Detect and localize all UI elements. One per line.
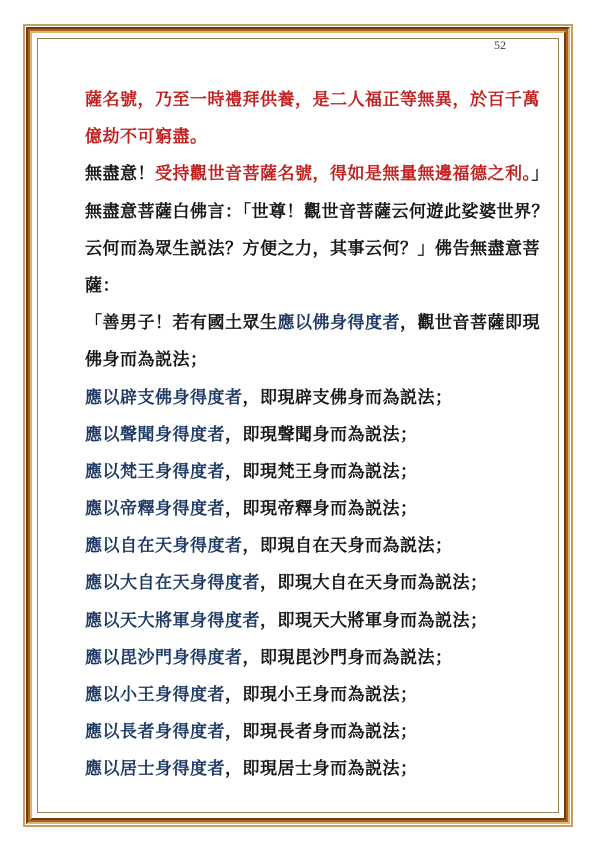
text-line: 「善男子！若有國土眾生應以佛身得度者，觀世音菩薩即現: [85, 305, 535, 342]
text-segment-blue: 應以辟支佛身得度者: [85, 388, 243, 408]
text-line: 應以小王身得度者，即現小王身而為説法；: [85, 677, 535, 714]
text-segment-blue: 應以佛身得度者: [278, 313, 401, 333]
text-segment-black: 無盡意！: [85, 164, 155, 184]
text-line: 薩：: [85, 268, 535, 305]
text-line: 億劫不可窮盡。: [85, 119, 535, 156]
text-body: 薩名號，乃至一時禮拜供養，是二人福正等無異，於百千萬億劫不可窮盡。無盡意！受持觀…: [85, 82, 535, 789]
text-line: 薩名號，乃至一時禮拜供養，是二人福正等無異，於百千萬: [85, 82, 535, 119]
text-segment-black: 」: [532, 164, 550, 184]
text-segment-blue: 應以居士身得度者: [85, 759, 225, 779]
text-segment-black: ，觀世音菩薩即現: [400, 313, 540, 333]
text-segment-black: ，即現大自在天身而為説法；: [260, 573, 488, 593]
text-segment-black: ，即現聲聞身而為説法；: [225, 425, 418, 445]
text-segment-black: ，即現居士身而為説法；: [225, 759, 418, 779]
text-segment-blue: 應以聲聞身得度者: [85, 425, 225, 445]
text-line: 應以辟支佛身得度者，即現辟支佛身而為説法；: [85, 380, 535, 417]
text-line: 云何而為眾生説法？方便之力，其事云何？」佛告無盡意菩: [85, 231, 535, 268]
text-segment-black: 薩：: [85, 276, 120, 296]
text-line: 應以大自在天身得度者，即現大自在天身而為説法；: [85, 565, 535, 602]
text-segment-black: ，即現小王身而為説法；: [225, 685, 418, 705]
text-segment-red: 薩名號，乃至一時禮拜供養，是二人福正等無異，於百千萬: [85, 90, 540, 110]
text-line: 應以長者身得度者，即現長者身而為説法；: [85, 714, 535, 751]
text-line: 無盡意！受持觀世音菩薩名號，得如是無量無邊福德之利。」: [85, 156, 535, 193]
text-segment-blue: 應以毘沙門身得度者: [85, 648, 243, 668]
text-segment-black: ，即現自在天身而為説法；: [243, 536, 453, 556]
text-segment-blue: 應以自在天身得度者: [85, 536, 243, 556]
text-line: 無盡意菩薩白佛言：「世尊！觀世音菩薩云何遊此娑婆世界？: [85, 194, 535, 231]
text-segment-black: ，即現辟支佛身而為説法；: [243, 388, 453, 408]
text-segment-black: ，即現毘沙門身而為説法；: [243, 648, 453, 668]
text-segment-blue: 應以天大將軍身得度者: [85, 611, 260, 631]
text-segment-black: ，即現長者身而為説法；: [225, 722, 418, 742]
text-line: 應以聲聞身得度者，即現聲聞身而為説法；: [85, 417, 535, 454]
text-segment-blue: 應以大自在天身得度者: [85, 573, 260, 593]
text-line: 應以梵王身得度者，即現梵王身而為説法；: [85, 454, 535, 491]
text-segment-black: 云何而為眾生説法？方便之力，其事云何？」佛告無盡意菩: [85, 239, 540, 259]
text-line: 佛身而為説法；: [85, 342, 535, 379]
page-number: 52: [494, 38, 506, 53]
text-segment-black: 「善男子！若有國土眾生: [85, 313, 278, 333]
text-line: 應以自在天身得度者，即現自在天身而為説法；: [85, 528, 535, 565]
text-segment-black: ，即現天大將軍身而為説法；: [260, 611, 488, 631]
text-segment-red: 億劫不可窮盡。: [85, 127, 208, 147]
text-line: 應以居士身得度者，即現居士身而為説法；: [85, 751, 535, 788]
text-line: 應以帝釋身得度者，即現帝釋身而為説法；: [85, 491, 535, 528]
text-segment-red: 受持觀世音菩薩名號，得如是無量無邊福德之利。: [155, 164, 532, 184]
text-segment-blue: 應以梵王身得度者: [85, 462, 225, 482]
text-segment-blue: 應以小王身得度者: [85, 685, 225, 705]
text-segment-black: 無盡意菩薩白佛言：「世尊！觀世音菩薩云何遊此娑婆世界？: [85, 202, 549, 222]
text-segment-black: ，即現帝釋身而為説法；: [225, 499, 418, 519]
text-segment-black: ，即現梵王身而為説法；: [225, 462, 418, 482]
text-line: 應以天大將軍身得度者，即現天大將軍身而為説法；: [85, 603, 535, 640]
text-segment-blue: 應以帝釋身得度者: [85, 499, 225, 519]
text-segment-blue: 應以長者身得度者: [85, 722, 225, 742]
text-segment-black: 佛身而為説法；: [85, 350, 208, 370]
text-line: 應以毘沙門身得度者，即現毘沙門身而為説法；: [85, 640, 535, 677]
